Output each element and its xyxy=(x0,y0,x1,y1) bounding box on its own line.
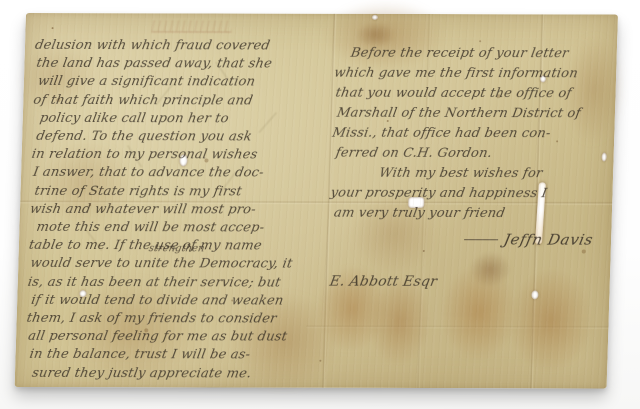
signature: Jeffn Davis xyxy=(502,230,595,248)
handwriting-line: them, I ask of my friends to consider xyxy=(25,310,326,329)
handwriting-line: your prosperity and happiness I xyxy=(329,184,610,205)
interlineation-strengthen: strengthen xyxy=(148,243,205,254)
right-page: Before the receipt of your letter which … xyxy=(328,44,614,293)
handwriting-line: in relation to my personal wishes xyxy=(30,146,331,165)
handwriting-line: which gave me the first information xyxy=(332,64,613,85)
handwriting-line: would serve to unite the Democracy, it xyxy=(29,255,328,274)
handwriting-line: Before the receipt of your letter xyxy=(349,44,614,65)
handwriting-line: Marshall of the Northern District of xyxy=(335,104,612,125)
handwriting-line: that you would accept the office of xyxy=(334,84,613,105)
handwriting-line: sured they justly appreciate me. xyxy=(30,365,324,384)
handwriting-line: mote this end will be most accep- xyxy=(35,219,329,238)
bleedthrough-docket xyxy=(151,20,231,32)
handwriting-line: trine of State rights is my first xyxy=(33,183,330,202)
letter-paper: delusion with which fraud covered the la… xyxy=(15,13,618,389)
handwriting-line: wish and whatever will most pro- xyxy=(28,201,329,220)
addressee-line: E. Abbott Esqr xyxy=(328,272,607,293)
handwriting-line: all personal feeling for me as but dust xyxy=(27,328,326,347)
handwriting-line: policy alike call upon her to xyxy=(38,110,332,129)
lower-fold-crease xyxy=(306,325,608,330)
signature-row: Jeffn Davis xyxy=(329,230,608,249)
handwriting-line: delusion with which fraud covered xyxy=(33,37,334,56)
handwriting-line: will give a significant indication xyxy=(36,73,333,92)
handwriting-line: if it would tend to divide and weaken xyxy=(30,292,327,311)
left-page: delusion with which fraud covered the la… xyxy=(25,37,334,384)
paper-hole xyxy=(372,15,378,20)
photo-canvas: delusion with which fraud covered the la… xyxy=(0,0,640,409)
handwriting-line: I answer, that to advance the doc- xyxy=(32,164,331,183)
handwriting-line: Missi., that office had been con- xyxy=(331,124,612,145)
foxing-specks xyxy=(52,27,54,29)
handwriting-line: in the balance, trust I will be as- xyxy=(28,346,325,365)
handwriting-line: With my best wishes for xyxy=(377,164,610,185)
handwriting-line: the land has passed away, that she xyxy=(35,55,334,74)
signature-flourish xyxy=(464,239,498,240)
handwriting-line: ferred on C.H. Gordon. xyxy=(334,144,611,165)
handwriting-line: defend. To the question you ask xyxy=(35,128,332,147)
handwriting-line: is, as it has been at their service; but xyxy=(26,274,327,293)
handwriting-line: of that faith which principle and xyxy=(32,92,333,111)
handwriting-line: am very truly your friend xyxy=(332,204,609,225)
